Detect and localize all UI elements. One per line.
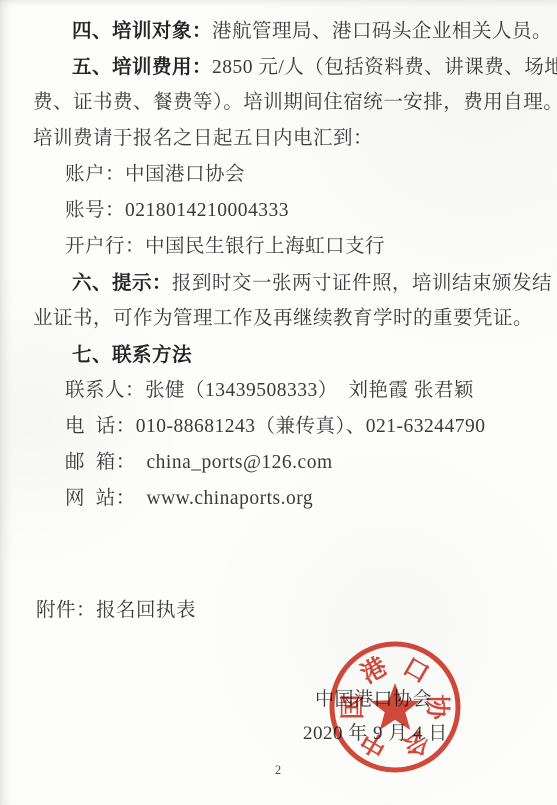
bank-branch-line: 开户行：中国民生银行上海虹口支行 xyxy=(33,229,503,265)
seal-char: 会 xyxy=(398,725,434,763)
line-text: 账号：0218014210004333 xyxy=(65,200,289,221)
document-body: 四、培训对象：港航管理局、港口码头企业相关人员。 五、培训费用：2850 元/人… xyxy=(33,13,503,517)
contact-website-line: 网 站： www.chinaports.org xyxy=(33,481,503,517)
line-text: 电 话：010-88681243（兼传真）、021-63244790 xyxy=(65,416,486,437)
seal-char: 口 xyxy=(398,652,434,689)
section-label: 五、培训费用： xyxy=(72,56,212,78)
line-text: 2850 元/人（包括资料费、讲课费、场地 xyxy=(212,57,557,78)
line-text: 费、证书费、餐费等）。培训期间住宿统一安排，费用自理。 xyxy=(33,92,557,113)
doc-line: 费、证书费、餐费等）。培训期间住宿统一安排，费用自理。 xyxy=(33,85,503,121)
doc-line: 五、培训费用：2850 元/人（包括资料费、讲课费、场地 xyxy=(33,49,503,85)
line-text: 报到时交一张两寸证件照，培训结束颁发结 xyxy=(172,273,552,294)
doc-line: 四、培训对象：港航管理局、港口码头企业相关人员。 xyxy=(33,13,503,49)
seal-char: 中 xyxy=(356,725,392,762)
seal-char: 国 xyxy=(339,694,367,719)
line-text: 港航管理局、港口码头企业相关人员。 xyxy=(212,21,552,42)
bank-account-number-line: 账号：0218014210004333 xyxy=(33,193,503,229)
line-text: 培训费请于报名之日起五日内电汇到： xyxy=(33,128,373,149)
contact-phone-line: 电 话：010-88681243（兼传真）、021-63244790 xyxy=(33,409,503,445)
seal-icon: 中 国 港 口 协 会 xyxy=(327,639,463,775)
document-page: 四、培训对象：港航管理局、港口码头企业相关人员。 五、培训费用：2850 元/人… xyxy=(0,0,557,805)
bank-account-name-line: 账户：中国港口协会 xyxy=(33,157,503,193)
line-text: 账户：中国港口协会 xyxy=(65,164,245,185)
attachment-note: 附件：报名回执表 xyxy=(36,594,196,622)
seal-char: 港 xyxy=(356,652,392,689)
doc-line: 七、联系方法 xyxy=(33,337,503,373)
line-text: 网 站： www.chinaports.org xyxy=(65,488,313,509)
section-label: 四、培训对象： xyxy=(72,20,212,42)
doc-line: 六、提示：报到时交一张两寸证件照，培训结束颁发结 xyxy=(33,265,503,301)
official-seal-stamp: 中 国 港 口 协 会 xyxy=(327,639,463,775)
line-text: 开户行：中国民生银行上海虹口支行 xyxy=(65,236,385,257)
seal-char: 协 xyxy=(423,694,451,720)
contact-person-line: 联系人：张健（13439508333） 刘艳霞 张君颖 xyxy=(33,373,503,409)
line-text: 业证书，可作为管理工作及再继续教育学时的重要凭证。 xyxy=(33,308,533,329)
contact-email-line: 邮 箱： china_ports@126.com xyxy=(33,445,503,481)
section-label: 七、联系方法 xyxy=(72,344,192,366)
doc-line: 培训费请于报名之日起五日内电汇到： xyxy=(33,121,503,157)
page-number: 2 xyxy=(258,763,298,778)
doc-line: 业证书，可作为管理工作及再继续教育学时的重要凭证。 xyxy=(33,301,503,337)
line-text: 邮 箱： china_ports@126.com xyxy=(65,452,333,473)
star-icon xyxy=(370,683,419,730)
line-text: 联系人：张健（13439508333） 刘艳霞 张君颖 xyxy=(65,380,474,401)
section-label: 六、提示： xyxy=(72,272,172,294)
